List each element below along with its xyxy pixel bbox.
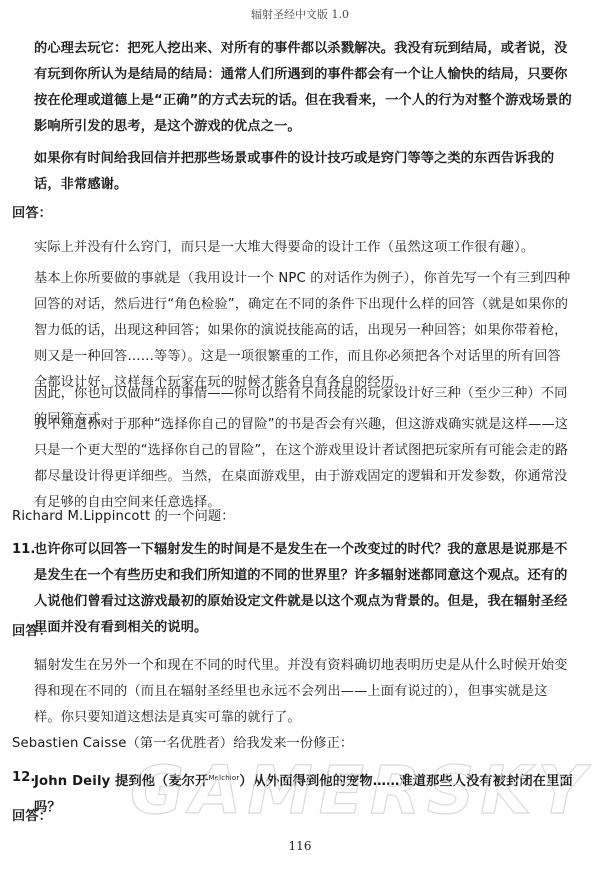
page-number: 116: [0, 839, 600, 853]
question-number: 12.: [12, 765, 35, 791]
question-intro: Sebastien Caisse（第一名优胜者）给我发来一份修正：: [12, 731, 582, 757]
question-continuation: 的心理去玩它：把死人挖出来、对所有的事件都以杀戮解决。我没有玩到结局，或者说，没…: [34, 36, 574, 140]
answer-paragraph: 辐射发生在另外一个和现在不同的时代里。并没有资料确切地表明历史是从什么时候开始变…: [34, 653, 574, 731]
answer-label: 回答：: [12, 619, 582, 645]
document-header-title: 辐射圣经中文版 1.0: [0, 6, 600, 22]
question-text-pre: John Deily 提到他（麦尔开: [34, 774, 208, 789]
question-intro: Richard M.Lippincott 的一个问题：: [12, 504, 582, 530]
question-thanks: 如果你有时间给我回信并把那些场景或事件的设计技巧或是窍门等等之类的东西告诉我的话…: [34, 146, 574, 198]
answer-label: 回答：: [12, 804, 582, 830]
answer-paragraph: 基本上你所要做的事就是（我用设计一个 NPC 的对话作为例子），你首先写一个有三…: [34, 266, 574, 396]
answer-paragraph: 我不知道你对于那种“选择你自己的冒险”的书是否会有兴趣，但这游戏确实就是这样——…: [34, 412, 574, 516]
answer-label: 回答：: [12, 201, 582, 227]
question-number: 11.: [12, 537, 35, 563]
superscript-note: Melchior: [208, 774, 239, 782]
answer-paragraph: 实际上并没有什么窍门，而只是一大堆大得要命的设计工作（虽然这项工作很有趣）。: [34, 235, 574, 261]
